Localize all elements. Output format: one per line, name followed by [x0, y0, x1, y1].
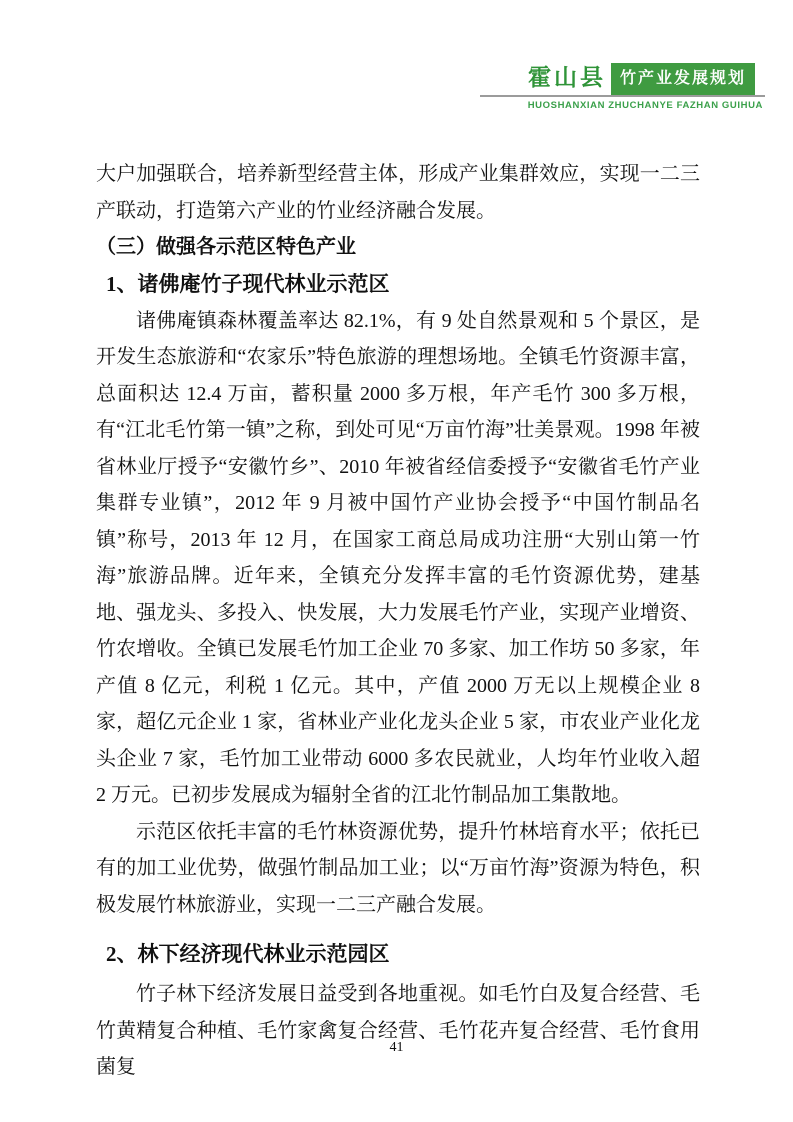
- county-name: 霍山县: [528, 66, 606, 95]
- document-header: 霍山县 竹产业发展规划: [528, 63, 755, 95]
- subsection-heading-1: 1、诸佛庵竹子现代林业示范区: [96, 266, 700, 303]
- title-badge: 竹产业发展规划: [611, 63, 755, 95]
- document-body: 大户加强联合，培养新型经营主体，形成产业集群效应，实现一二三产联动，打造第六产业…: [96, 156, 700, 1086]
- paragraph-demo-zone-strategy: 示范区依托丰富的毛竹林资源优势，提升竹林培育水平；依托已有的加工业优势，做强竹制…: [96, 814, 700, 924]
- paragraph-zhufoan-overview: 诸佛庵镇森林覆盖率达 82.1%，有 9 处自然景观和 5 个景区，是开发生态旅…: [96, 303, 700, 814]
- header-subtitle-pinyin: HUOSHANXIAN ZHUCHANYE FAZHAN GUIHUA: [528, 100, 763, 111]
- intro-paragraph: 大户加强联合，培养新型经营主体，形成产业集群效应，实现一二三产联动，打造第六产业…: [96, 156, 700, 229]
- paragraph-understory-economy: 竹子林下经济发展日益受到各地重视。如毛竹白及复合经营、毛竹黄精复合种植、毛竹家禽…: [96, 976, 700, 1086]
- section-heading-3: （三）做强各示范区特色产业: [96, 229, 700, 266]
- subsection-heading-2: 2、林下经济现代林业示范园区: [96, 936, 700, 973]
- document-page: 霍山县 竹产业发展规划 HUOSHANXIAN ZHUCHANYE FAZHAN…: [0, 0, 793, 1122]
- header-divider: [480, 95, 765, 97]
- page-number: 41: [390, 1040, 404, 1055]
- page-footer: 41: [0, 1040, 793, 1056]
